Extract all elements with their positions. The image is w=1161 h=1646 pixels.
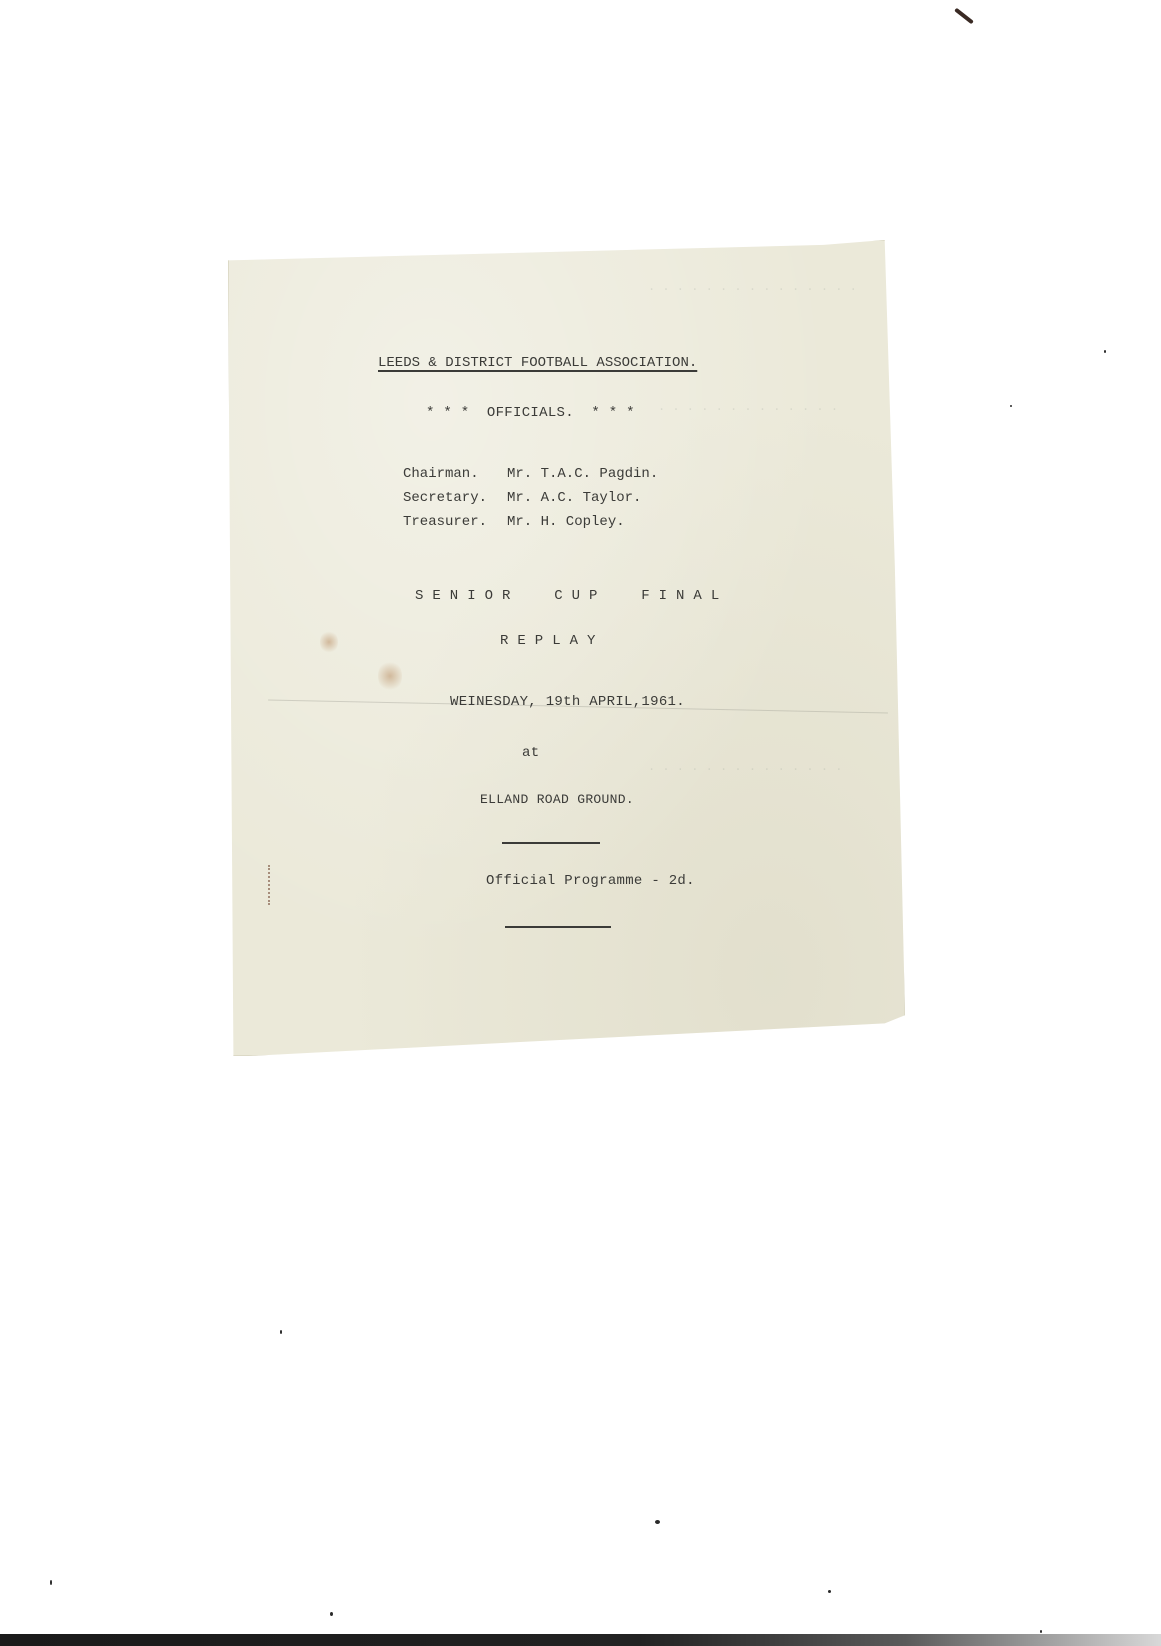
official-role: Treasurer. — [403, 514, 507, 530]
show-through-text: . . . . . . . . . . . . . — [658, 400, 838, 414]
programme-sheet: . . . . . . . . . . . . . . . . . . . . … — [228, 240, 905, 1056]
event-title: SENIOR CUP FINAL — [415, 588, 728, 604]
official-name: Mr. H. Copley. — [507, 514, 625, 530]
divider-rule — [505, 926, 611, 928]
stain-mark — [320, 630, 338, 654]
show-through-text: . . . . . . . . . . . . . . — [648, 760, 842, 774]
association-heading: LEEDS & DISTRICT FOOTBALL ASSOCIATION. — [378, 355, 697, 371]
event-subtitle: REPLAY — [500, 633, 604, 649]
officials-list: Chairman. Mr. T.A.C. Pagdin. Secretary. … — [403, 462, 658, 534]
scan-speck — [1104, 350, 1106, 353]
programme-price: Official Programme - 2d. — [486, 873, 695, 889]
official-role: Chairman. — [403, 466, 507, 482]
scan-speck — [50, 1580, 52, 1585]
event-venue: ELLAND ROAD GROUND. — [480, 792, 634, 807]
scanner-edge-bar — [0, 1634, 1161, 1646]
staple-marks — [268, 865, 273, 905]
scan-speck — [655, 1520, 660, 1524]
divider-rule — [502, 842, 600, 844]
official-name: Mr. T.A.C. Pagdin. — [507, 466, 658, 482]
official-row-chairman: Chairman. Mr. T.A.C. Pagdin. — [403, 462, 658, 486]
scan-speck — [1040, 1630, 1042, 1633]
official-row-treasurer: Treasurer. Mr. H. Copley. — [403, 510, 658, 534]
scan-speck — [1010, 405, 1012, 407]
at-label: at — [522, 745, 539, 761]
scan-speck — [280, 1330, 282, 1334]
officials-title: * * * OFFICIALS. * * * — [426, 405, 635, 421]
official-role: Secretary. — [403, 490, 507, 506]
show-through-text: . . . . . . . . . . . . . . . — [648, 280, 857, 294]
event-date: WEINESDAY, 19th APRIL,1961. — [450, 694, 685, 710]
official-name: Mr. A.C. Taylor. — [507, 490, 641, 506]
scan-speck — [330, 1612, 333, 1616]
official-row-secretary: Secretary. Mr. A.C. Taylor. — [403, 486, 658, 510]
scan-speck — [828, 1590, 831, 1593]
stain-mark — [378, 660, 402, 692]
scan-scratch-mark — [954, 8, 974, 25]
